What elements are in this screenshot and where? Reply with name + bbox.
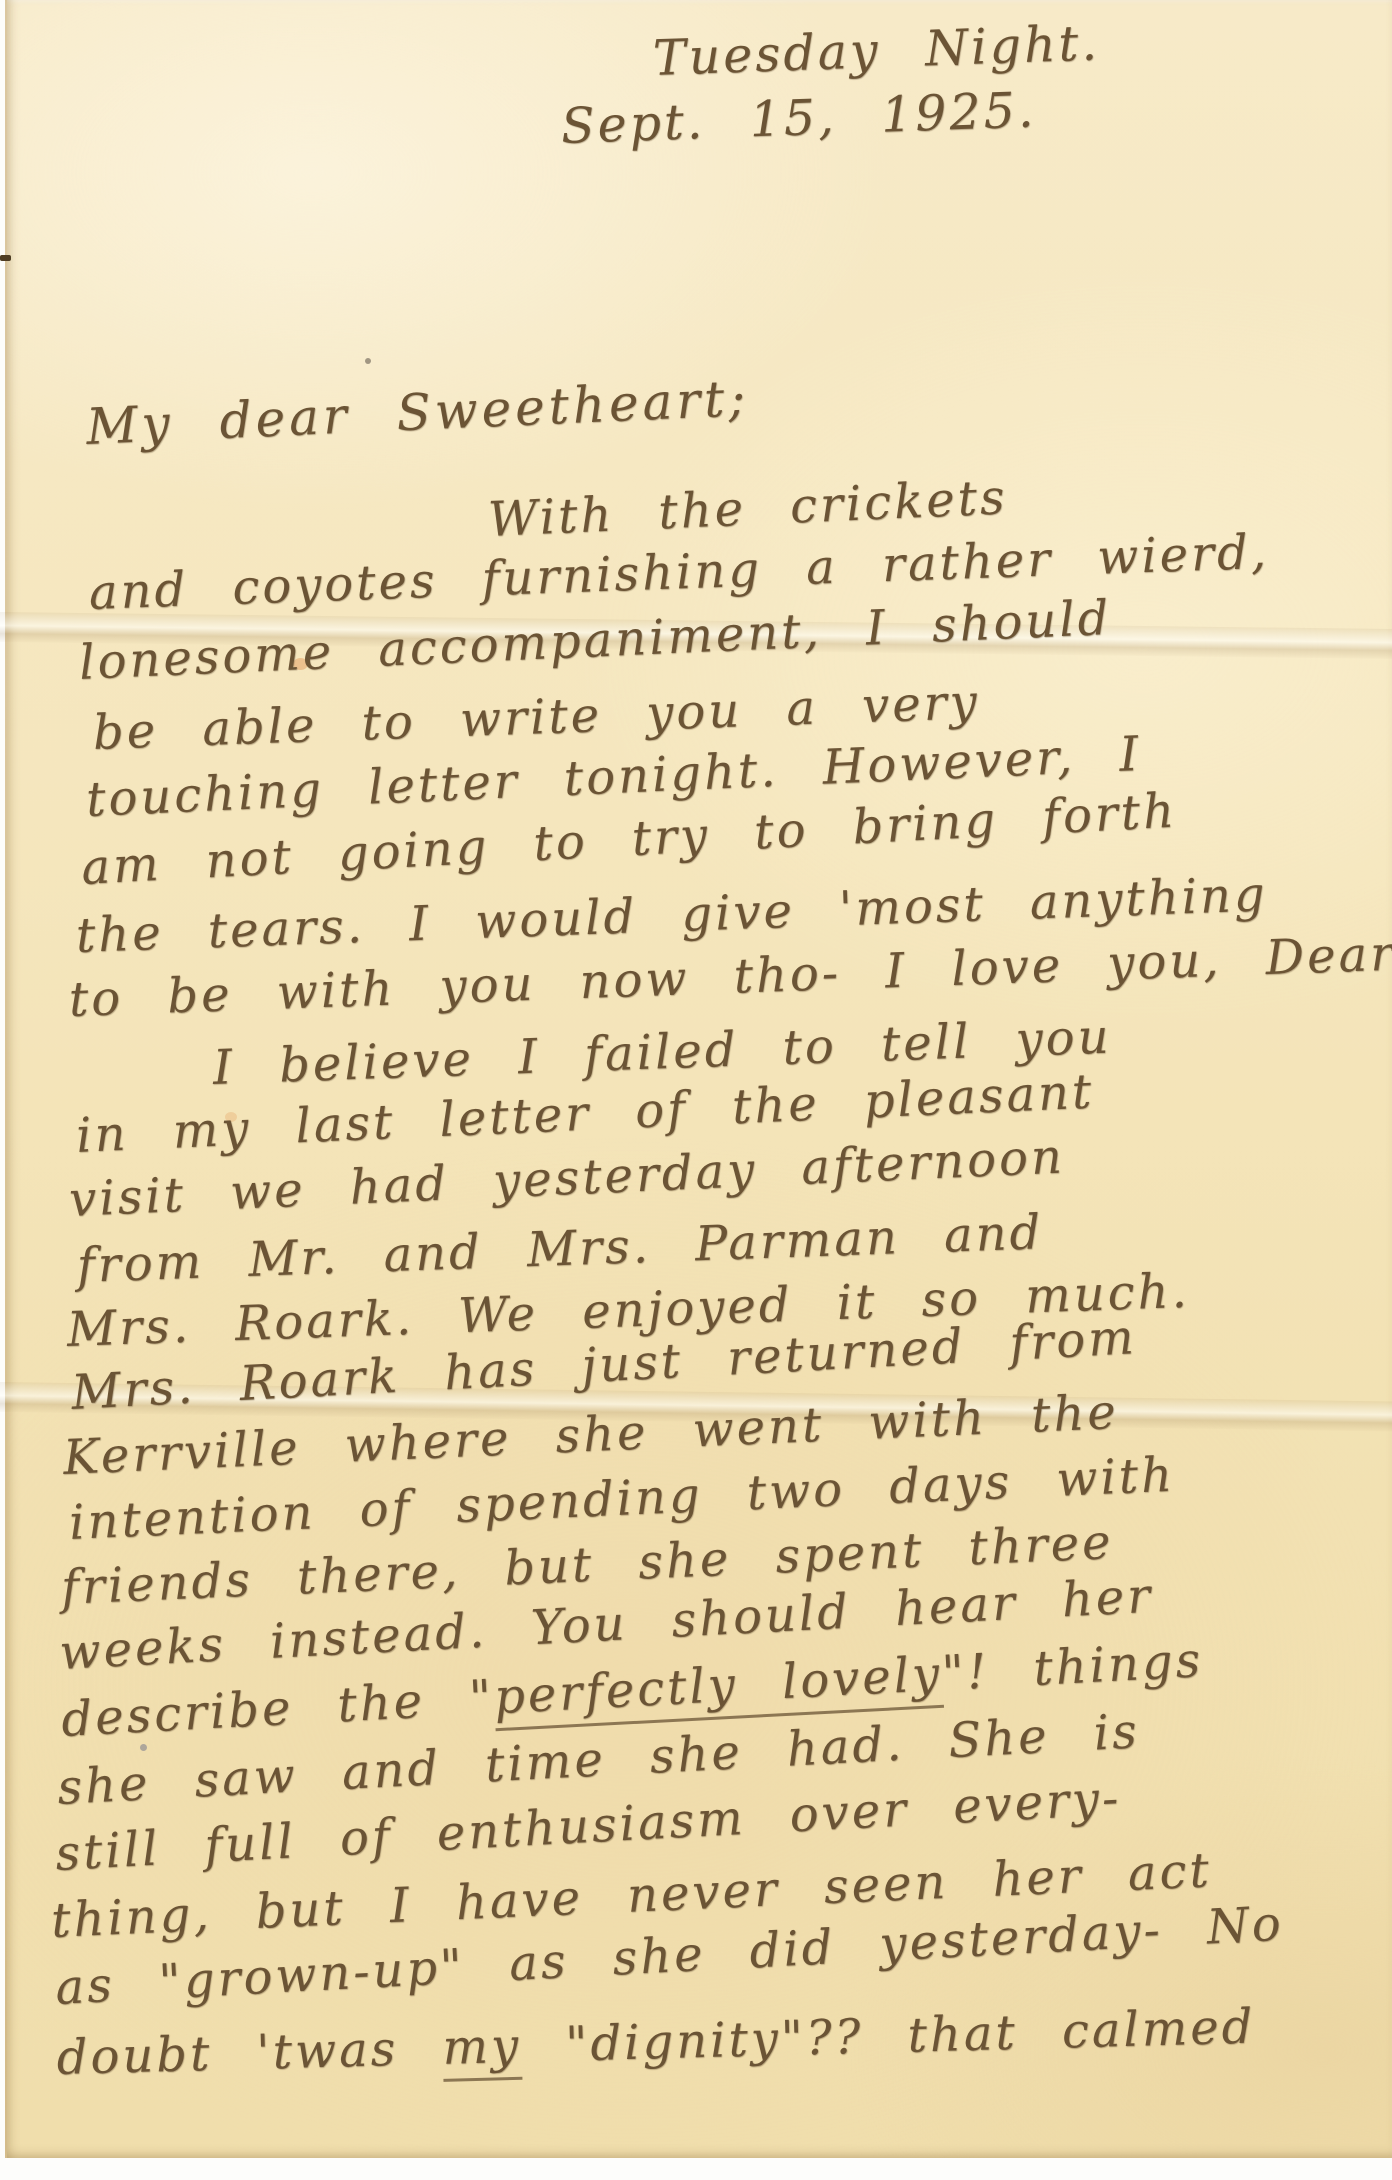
line-text: doubt 'twas: [56, 2020, 443, 2086]
paper-speck: [140, 1744, 147, 1751]
paper-speck: [365, 358, 371, 364]
underlined-word: my: [442, 2018, 522, 2082]
edge-speck: [0, 255, 11, 261]
letter-scan: Tuesday Night. Sept. 15, 1925. My dear S…: [0, 0, 1392, 2180]
